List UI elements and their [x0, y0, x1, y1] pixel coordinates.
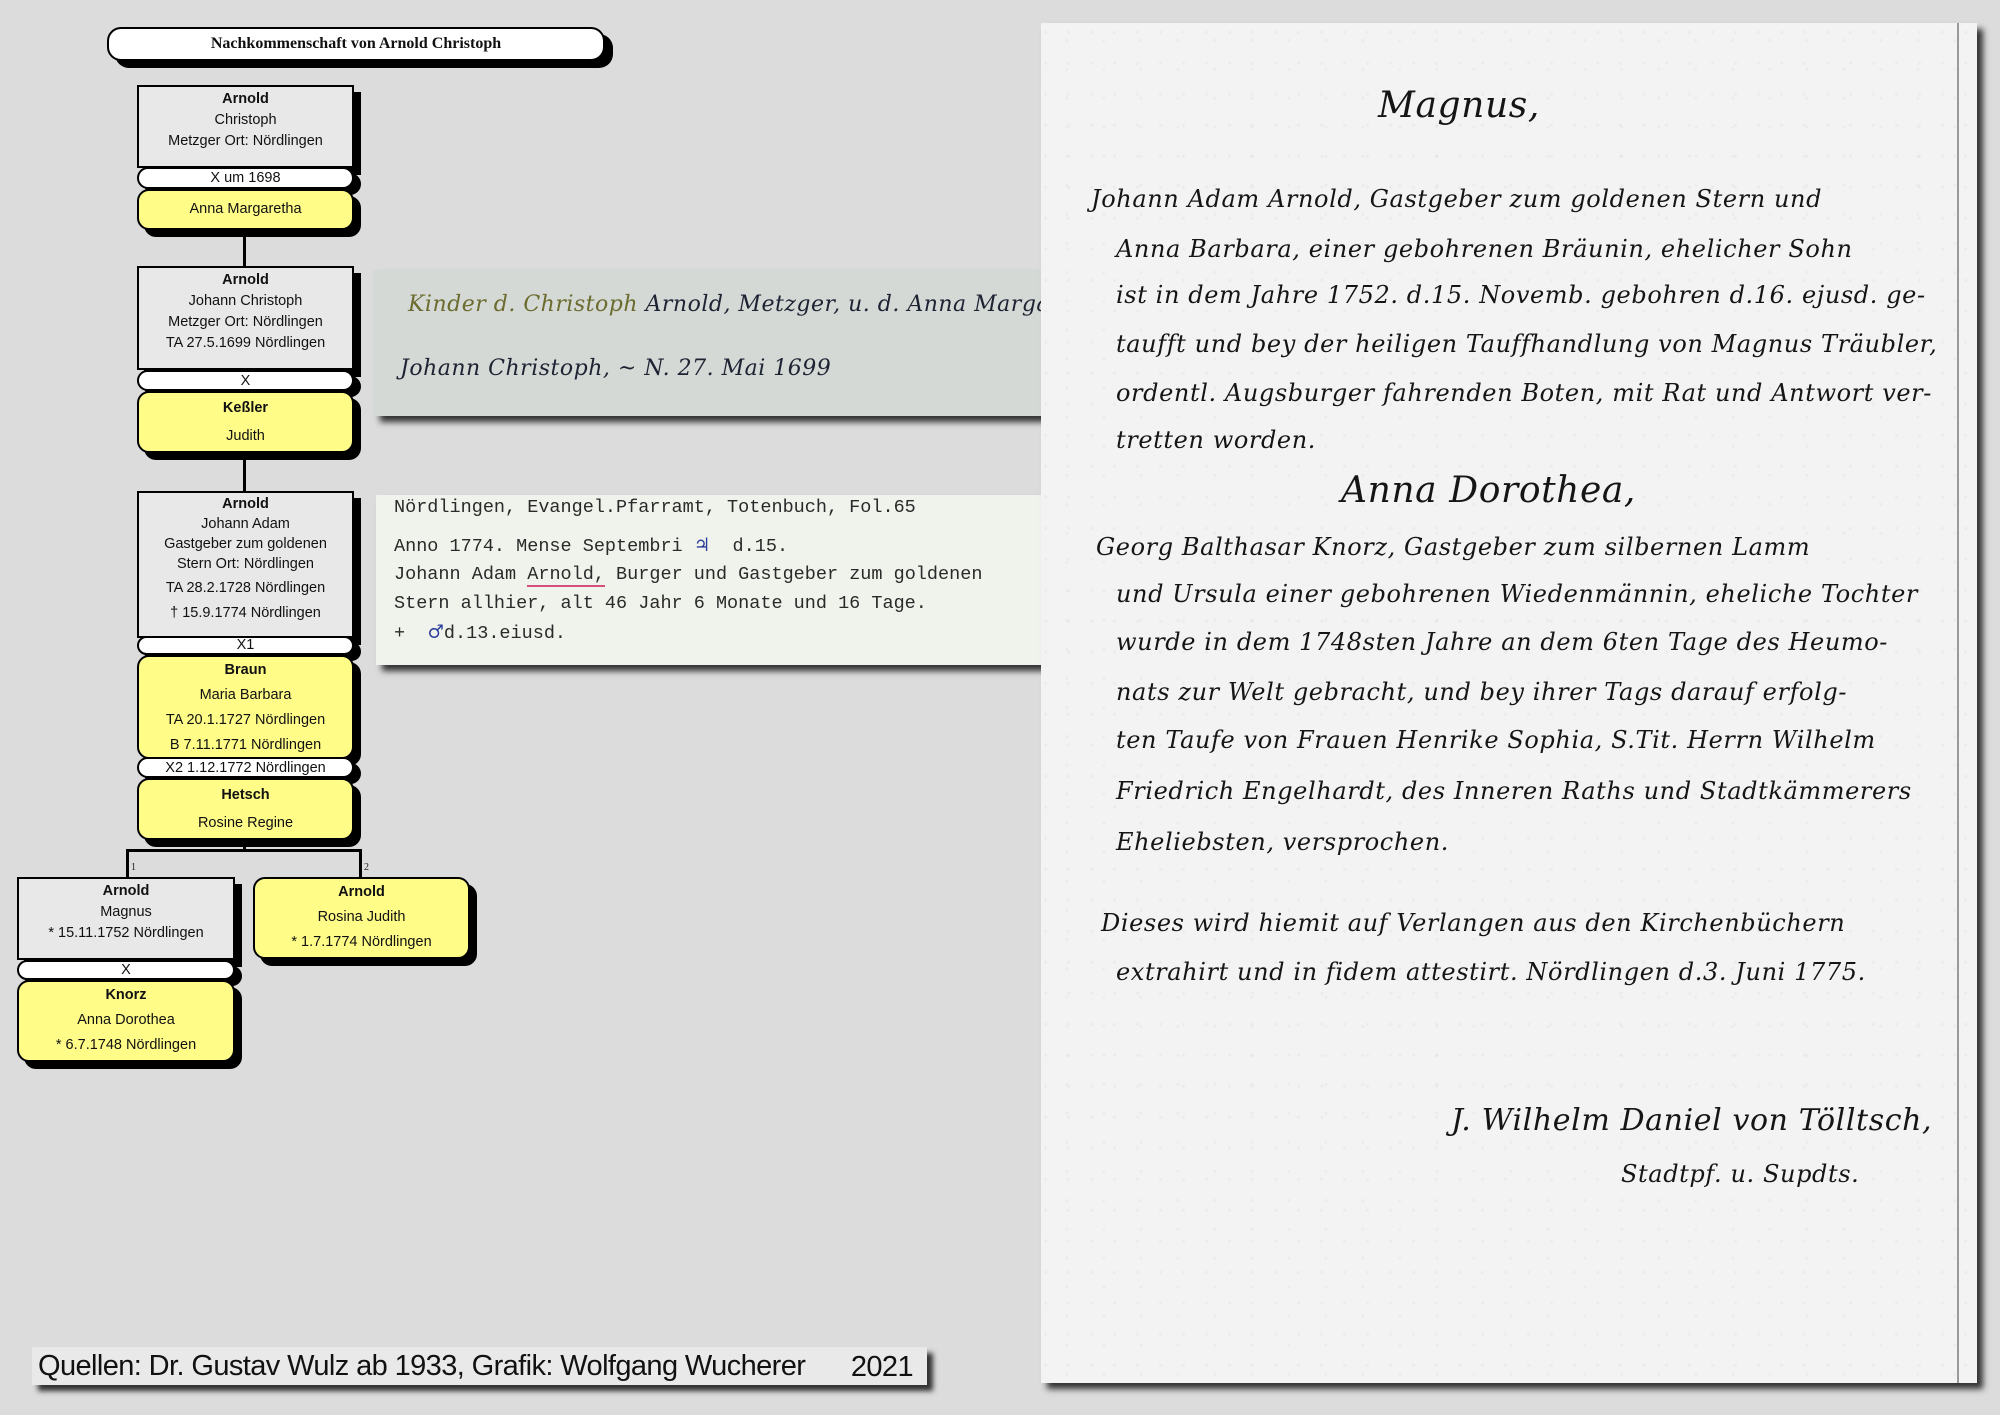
doc-line: Johann Adam Arnold, Gastgeber zum golden… [1091, 185, 1822, 213]
card-text: Burger und Gastgeber zum goldenen [605, 564, 982, 585]
doc-line: und Ursula einer gebohrenen Wiedenmännin… [1116, 580, 1918, 608]
card-line: Nördlingen, Evangel.Pfarramt, Totenbuch,… [394, 497, 916, 518]
detail-line: TA 28.2.1728 Nördlingen [139, 578, 352, 598]
detail-line: TA 27.5.1699 Nördlingen [139, 333, 352, 354]
given-name: Johann Christoph [139, 291, 352, 312]
surname: Arnold [139, 270, 352, 291]
sources-footer: Quellen: Dr. Gustav Wulz ab 1933, Grafik… [32, 1347, 927, 1385]
marriage-label-1: X1 [137, 636, 354, 655]
highlighted-surname: Arnold, [527, 564, 605, 587]
connector-line [359, 849, 362, 877]
doc-signature: J. Wilhelm Daniel von Tölltsch, [1451, 1103, 1932, 1138]
doc-line: tretten worden. [1116, 426, 1316, 454]
scanned-church-record: Magnus, Johann Adam Arnold, Gastgeber zu… [1041, 23, 1977, 1383]
given-name: Maria Barbara [139, 683, 352, 708]
mars-symbol-icon: ♂ [427, 622, 444, 643]
marriage-label: X um 1698 [137, 167, 354, 189]
connector-line [243, 230, 246, 270]
surname: Arnold [255, 880, 468, 905]
card-text-olive: Kinder d. Christoph [408, 292, 638, 317]
child-number: 1 [131, 862, 136, 873]
person-box-johann-christoph[interactable]: Arnold Johann Christoph Metzger Ort: Nör… [137, 266, 354, 370]
person-box-hetsch-rosine-regine[interactable]: Hetsch Rosine Regine [137, 778, 354, 840]
marriage-label: X [17, 960, 235, 980]
doc-line: extrahirt und in fidem attestirt. Nördli… [1116, 958, 1866, 986]
surname: Keßler [139, 394, 352, 422]
surname: Knorz [19, 983, 233, 1008]
connector-line [126, 849, 129, 877]
doc-line: Eheliebsten, versprochen. [1116, 828, 1449, 856]
person-box-arnold-christoph[interactable]: Arnold Christoph Metzger Ort: Nördlingen [137, 85, 354, 168]
doc-line: Georg Balthasar Knorz, Gastgeber zum sil… [1096, 533, 1810, 561]
doc-line: Friedrich Engelhardt, des Inneren Raths … [1116, 777, 1912, 805]
doc-line: ist in dem Jahre 1752. d.15. Novemb. geb… [1116, 281, 1926, 309]
card-line: Kinder d. Christoph Arnold, Metzger, u. … [408, 292, 1120, 317]
page-edge [1957, 23, 1959, 1383]
doc-line: wurde in dem 1748sten Jahre an dem 6ten … [1116, 628, 1888, 656]
detail-line: TA 20.1.1727 Nördlingen [139, 708, 352, 733]
card-line: Anno 1774. Mense Septembri ♃ d.15. [394, 535, 788, 557]
footer-year: 2021 [851, 1351, 913, 1384]
person-box-braun-maria-barbara[interactable]: Braun Maria Barbara TA 20.1.1727 Nördlin… [137, 655, 354, 759]
surname: Hetsch [139, 781, 352, 809]
detail-line: * 6.7.1748 Nördlingen [19, 1033, 233, 1058]
detail-line: Metzger Ort: Nördlingen [139, 312, 352, 333]
detail-line: Stern Ort: Nördlingen [139, 554, 352, 574]
card-line: Stern allhier, alt 46 Jahr 6 Monate und … [394, 593, 927, 614]
sources-text: Quellen: Dr. Gustav Wulz ab 1933, Grafik… [38, 1350, 805, 1383]
baptism-record-card: Kinder d. Christoph Arnold, Metzger, u. … [374, 270, 1072, 416]
jupiter-symbol-icon: ♃ [694, 535, 711, 556]
detail-line: Metzger Ort: Nördlingen [139, 131, 352, 152]
doc-line: nats zur Welt gebracht, und bey ihrer Ta… [1116, 678, 1847, 706]
given-name: Rosina Judith [255, 905, 468, 930]
card-line: + ♂d.13.eiusd. [394, 622, 566, 644]
detail-line: † 15.9.1774 Nördlingen [139, 603, 352, 623]
card-text: Johann Adam [394, 564, 527, 585]
given-name: Rosine Regine [139, 809, 352, 837]
person-box-johann-adam[interactable]: Arnold Johann Adam Gastgeber zum goldene… [137, 491, 354, 638]
doc-line: taufft und bey der heiligen Tauffhandlun… [1116, 330, 1937, 358]
chart-title: Nachkommenschaft von Arnold Christoph [107, 27, 605, 61]
doc-line: ordentl. Augsburger fahrenden Boten, mit… [1116, 379, 1932, 407]
given-name: Anna Dorothea [19, 1008, 233, 1033]
card-text: d.13.eiusd. [444, 623, 566, 644]
person-box-rosina-judith[interactable]: Arnold Rosina Judith * 1.7.1774 Nördling… [253, 877, 470, 959]
person-box-kessler-judith[interactable]: Keßler Judith [137, 391, 354, 453]
surname: Arnold [139, 89, 352, 110]
given-name: Anna Margaretha [139, 191, 352, 228]
given-name: Magnus [19, 902, 233, 923]
connector-line [126, 849, 362, 852]
person-box-anna-margaretha[interactable]: Anna Margaretha [137, 189, 354, 230]
doc-line: ten Taufe von Frauen Henrike Sophia, S.T… [1116, 726, 1876, 754]
doc-line: Anna Barbara, einer gebohrenen Bräunin, … [1116, 235, 1853, 263]
doc-signature-title: Stadtpf. u. Supdts. [1621, 1160, 1859, 1188]
detail-line: * 15.11.1752 Nördlingen [19, 923, 233, 944]
surname: Braun [139, 658, 352, 683]
marriage-label: X [137, 370, 354, 391]
surname: Arnold [19, 881, 233, 902]
given-name: Johann Adam [139, 514, 352, 534]
detail-line: Gastgeber zum goldenen [139, 534, 352, 554]
doc-heading-magnus: Magnus, [1378, 85, 1540, 126]
given-name: Christoph [139, 110, 352, 131]
detail-line: B 7.11.1771 Nördlingen [139, 733, 352, 758]
person-box-knorz-anna-dorothea[interactable]: Knorz Anna Dorothea * 6.7.1748 Nördlinge… [17, 980, 235, 1062]
child-number: 2 [364, 862, 369, 873]
detail-line: * 1.7.1774 Nördlingen [255, 930, 468, 955]
card-text: d.15. [710, 536, 788, 557]
marriage-label-2: X2 1.12.1772 Nördlingen [137, 757, 354, 778]
card-text: + [394, 623, 427, 644]
doc-line: Dieses wird hiemit auf Verlangen aus den… [1101, 909, 1845, 937]
doc-heading-anna-dorothea: Anna Dorothea, [1341, 470, 1636, 511]
card-line: Johann Christoph, ~ N. 27. Mai 1699 [400, 356, 831, 381]
surname: Arnold [139, 494, 352, 514]
death-record-card: Nördlingen, Evangel.Pfarramt, Totenbuch,… [376, 495, 1084, 665]
card-line: Johann Adam Arnold, Burger und Gastgeber… [394, 564, 982, 585]
connector-line [243, 454, 246, 494]
person-box-magnus[interactable]: Arnold Magnus * 15.11.1752 Nördlingen [17, 877, 235, 960]
given-name: Judith [139, 422, 352, 450]
card-text: Anno 1774. Mense Septembri [394, 536, 694, 557]
